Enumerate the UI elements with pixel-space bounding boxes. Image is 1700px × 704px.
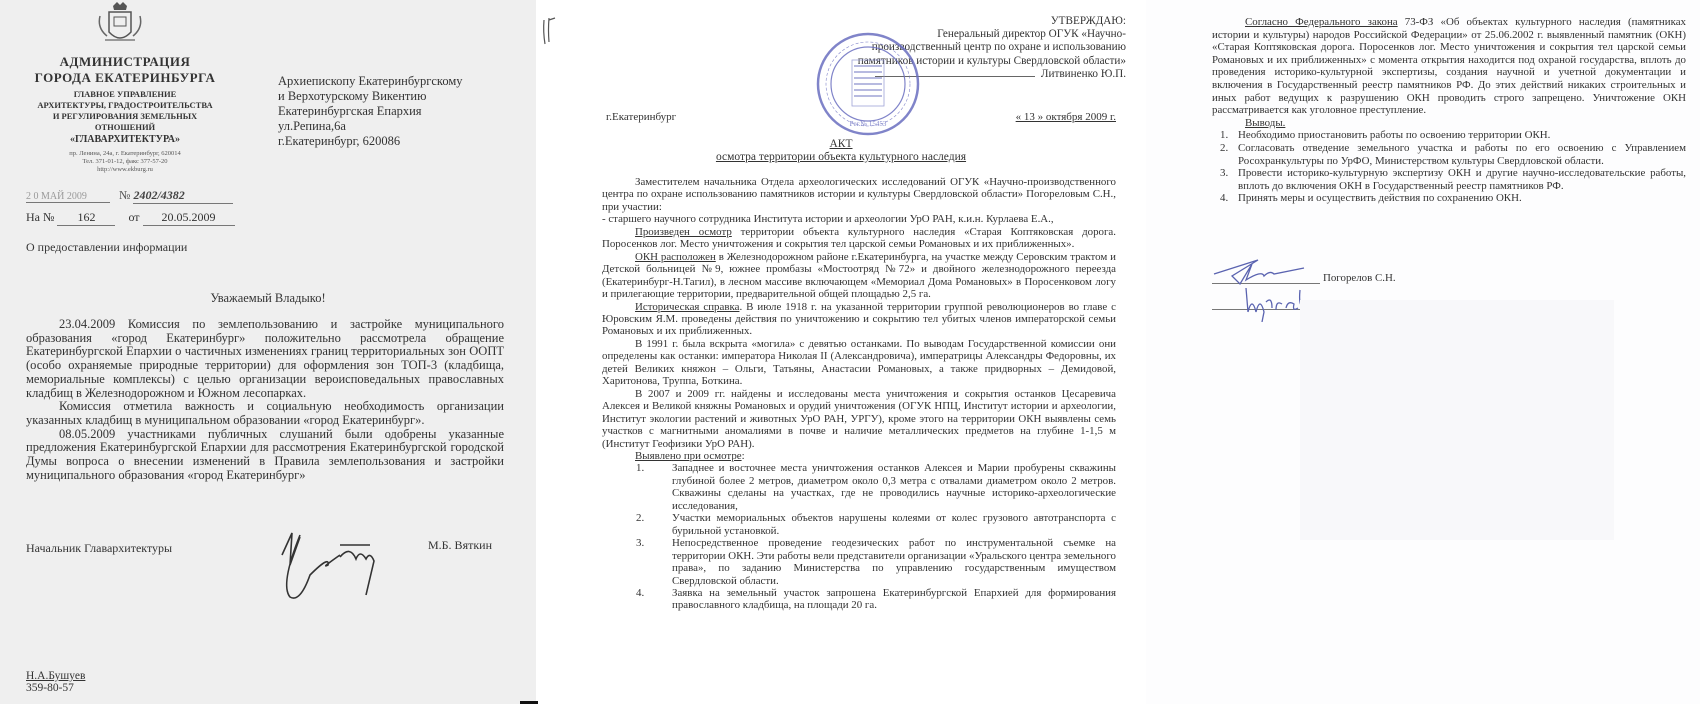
item-text: Участки мемориальных объектов нарушены к… [672,512,1116,536]
coat-of-arms-icon [95,2,145,46]
addressee-line: Архиепископу Екатеринбургскому [278,74,463,89]
act-continued-body: Согласно Федерального закона 73-ФЗ «Об о… [1212,16,1686,205]
act-date: « 13 » октября 2009 г. [1016,111,1116,123]
item-number: 4. [636,587,644,599]
margin-mark-icon [540,16,560,46]
conclusion-item: 1.Необходимо приостановить работы по осв… [1212,129,1686,142]
item-number: 2. [1220,142,1228,155]
item-text: Необходимо приостановить работы по освое… [1238,129,1550,141]
salutation: Уважаемый Владыко! [0,291,536,306]
paragraph: Комиссия отметила важность и социальную … [26,400,504,427]
section-paragraph: ОКН расположен в Железнодорожном районе … [602,251,1116,301]
paragraph: 08.05.2009 участниками публичных слушани… [26,428,504,483]
history-paragraph: В 1991 г. была вскрыта «могила» с девять… [602,338,1116,388]
addressee-line: г.Екатеринбург, 620086 [278,134,463,149]
registration-number-label: № [119,188,130,202]
section-lead: ОКН расположен [635,251,716,263]
conclusions-list: 1.Необходимо приостановить работы по осв… [1212,129,1686,205]
conclusion-item: 2.Согласовать отведение земельного участ… [1212,142,1686,167]
svg-text:Рег.№ 15453: Рег.№ 15453 [850,120,887,128]
signatory-name: М.Б. Вяткин [428,538,492,553]
letter-subject: О предоставлении информации [26,240,187,255]
dept-line: ГЛАВНОЕ УПРАВЛЕНИЕ [0,89,250,100]
approval-heading: УТВЕРЖДАЮ: [706,15,1126,28]
addressee-line: и Верхотурскому Викентию [278,89,463,104]
conclusion-item: 3.Провести историко-культурную экспертиз… [1212,167,1686,192]
law-text: 73-ФЗ «Об объектах культурного наследия … [1212,16,1686,116]
item-number: 1. [636,462,644,474]
conclusion-item: 4.Принять меры и осуществить действия по… [1212,192,1686,205]
official-stamp-icon: Рег.№ 15453 [814,30,922,138]
item-number: 1. [1220,129,1228,142]
finding-item: 4.Заявка на земельный участок запрошена … [602,587,1116,612]
reference-date: 20.05.2009 [143,210,235,226]
section-lead: Произведен осмотр [635,226,732,238]
item-number: 2. [636,512,644,524]
handwritten-signature-icon [270,525,400,605]
addressee-line: ул.Репина,6а [278,119,463,134]
findings-heading: Выявлено при осмотре: [602,450,1116,462]
dept-line: АРХИТЕКТУРЫ, ГРАДОСТРОИТЕЛЬСТВА [0,100,250,111]
letter-body: 23.04.2009 Комиссия по землепользованию … [26,318,504,482]
dept-line: ОТНОШЕНИЙ [0,122,250,133]
faded-scan-area [1300,300,1614,540]
letter-page: АДМИНИСТРАЦИЯ ГОРОДА ЕКАТЕРИНБУРГА ГЛАВН… [0,0,536,704]
item-number: 3. [1220,167,1228,180]
signatory-title: Начальник Главархитектуры [26,541,172,556]
act-city: г.Екатеринбург [606,111,676,123]
findings-heading-text: Выявлено при осмотре [635,450,742,462]
law-lead: Согласно Федерального закона [1245,16,1398,28]
item-text: Западнее и восточнее места уничтожения о… [672,462,1116,511]
approval-signer-name: Литвиненко Ю.П. [1041,68,1126,80]
signer-name: Погорелов С.Н. [1323,272,1396,284]
finding-item: 2.Участки мемориальных объектов нарушены… [602,512,1116,537]
participant-paragraph: - старшего научного сотрудника Института… [602,213,1116,225]
act-title-block: АКТ осмотра территории объекта культурно… [536,138,1146,164]
finding-item: 3.Непосредственное проведение геодезичес… [602,537,1116,587]
intro-paragraph: Заместителем начальника Отдела археологи… [602,176,1116,213]
item-number: 3. [636,537,644,549]
registration-line: 2 0 МАЙ 2009 № 2402/4382 [26,188,233,204]
act-page: УТВЕРЖДАЮ: Генеральный директор ОГУК «На… [536,0,1146,704]
item-number: 4. [1220,192,1228,205]
section-paragraph: Произведен осмотр территории объекта кул… [602,226,1116,251]
org-url: http://www.ekburg.ru [0,166,250,174]
findings-list: 1.Западнее и восточнее места уничтожения… [602,462,1116,611]
org-name-line1: АДМИНИСТРАЦИЯ [0,54,250,70]
registration-number: 2402/4382 [133,188,233,204]
executor-block: Н.А.Бушуев 359-80-57 [26,670,85,694]
org-contacts: пр. Ленина, 24а, г. Екатеринбург, 620014… [0,150,250,174]
addressee-block: Архиепископу Екатеринбургскому и Верхоту… [278,74,463,149]
department-short-name: «ГЛАВАРХИТЕКТУРА» [0,134,250,145]
reference-label: На № [26,210,54,224]
conclusions-heading-text: Выводы. [1245,117,1285,129]
act-body: Заместителем начальника Отдела археологи… [602,176,1116,612]
section-paragraph: Историческая справка. В июле 1918 г. на … [602,301,1116,338]
item-text: Провести историко-культурную экспертизу … [1238,167,1686,192]
finding-item: 1.Западнее и восточнее места уничтожения… [602,462,1116,512]
act-subtitle: осмотра территории объекта культурного н… [536,151,1146,164]
conclusions-heading: Выводы. [1212,117,1686,130]
reference-line: На № 162 от 20.05.2009 [26,210,235,226]
item-text: Заявка на земельный участок запрошена Ек… [672,587,1116,611]
reference-number: 162 [57,210,115,226]
addressee-line: Екатеринбургская Епархия [278,104,463,119]
item-text: Принять меры и осуществить действия по с… [1238,192,1522,204]
org-address: пр. Ленина, 24а, г. Екатеринбург, 620014 [0,150,250,158]
department-name: ГЛАВНОЕ УПРАВЛЕНИЕ АРХИТЕКТУРЫ, ГРАДОСТР… [0,89,250,133]
section-lead: Историческая справка [635,301,739,313]
item-text: Согласовать отведение земельного участка… [1238,142,1686,167]
org-phone: Тел. 371-01-12, факс 377-57-20 [0,158,250,166]
dept-line: И РЕГУЛИРОВАНИЯ ЗЕМЕЛЬНЫХ [0,111,250,122]
org-name-line2: ГОРОДА ЕКАТЕРИНБУРГА [0,70,250,86]
registration-date-stamp: 2 0 МАЙ 2009 [26,191,110,203]
executor-name: Н.А.Бушуев [26,670,85,682]
paragraph: 23.04.2009 Комиссия по землепользованию … [26,318,504,400]
law-paragraph: Согласно Федерального закона 73-ФЗ «Об о… [1212,16,1686,117]
history-paragraph: В 2007 и 2009 гг. найдены и исследованы … [602,388,1116,450]
reference-from-label: от [128,210,139,224]
act-title: АКТ [536,138,1146,151]
item-text: Непосредственное проведение геодезически… [672,537,1116,586]
executor-phone: 359-80-57 [26,682,85,694]
